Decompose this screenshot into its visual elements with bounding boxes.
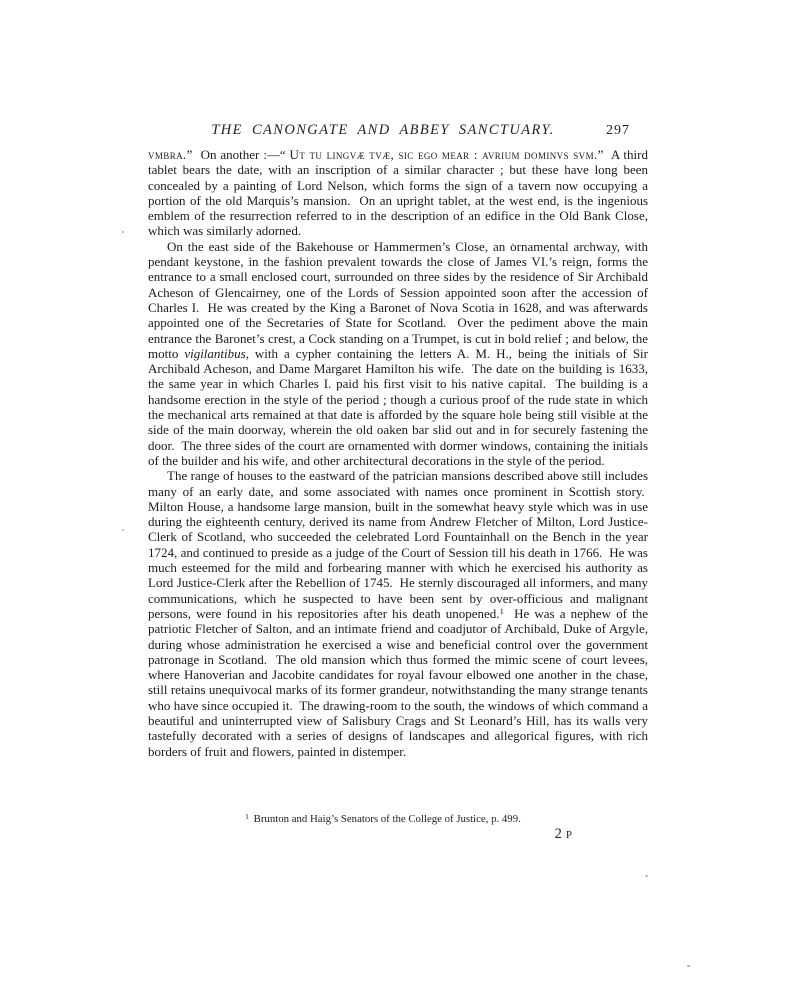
footnote-number: 1 — [245, 812, 249, 821]
scan-speck — [122, 231, 124, 233]
scan-speck — [122, 529, 124, 531]
paragraph-2: On the east side of the Bakehouse or Ham… — [148, 239, 648, 468]
italic-motto: vigilantibus — [184, 346, 245, 361]
scan-speck — [645, 875, 648, 877]
smallcaps-continuation: vmbra.” — [148, 147, 193, 162]
paragraph-1: vmbra.” On another :—“ Ut tu lingvæ tvæ,… — [148, 147, 648, 239]
signature-mark: 2P — [148, 826, 648, 843]
page-title: THE CANONGATE AND ABBEY SANCTUARY. — [148, 122, 648, 139]
paragraph-3-rest: He was a nephew of the patriotic Fletche… — [148, 606, 648, 759]
paragraph-3: The range of houses to the eastward of t… — [148, 468, 648, 759]
paragraph-3-text: The range of houses to the eastward of t… — [148, 468, 648, 621]
running-head: THE CANONGATE AND ABBEY SANCTUARY. 297 — [148, 122, 648, 142]
signature-letter: P — [566, 829, 572, 841]
scan-speck — [512, 243, 514, 245]
footnote: 1 Brunton and Haig’s Senators of the Col… — [148, 813, 648, 825]
book-page: THE CANONGATE AND ABBEY SANCTUARY. 297 v… — [0, 0, 790, 1000]
signature-numeral: 2 — [555, 826, 562, 842]
scan-speck — [238, 497, 240, 499]
paragraph-2-rest: , with a cypher containing the letters A… — [148, 346, 648, 468]
body-text: vmbra.” On another :—“ Ut tu lingvæ tvæ,… — [148, 147, 648, 759]
paragraph-2-text: On the east side of the Bakehouse or Ham… — [148, 239, 648, 361]
paragraph-1-text: On another :—“ — [193, 147, 290, 162]
footnote-text: Brunton and Haig’s Senators of the Colle… — [251, 813, 521, 825]
page-number: 297 — [606, 123, 630, 139]
latin-inscription: Ut tu lingvæ tvæ, sic ego mear : avrium … — [290, 147, 604, 162]
scan-speck — [687, 965, 690, 967]
